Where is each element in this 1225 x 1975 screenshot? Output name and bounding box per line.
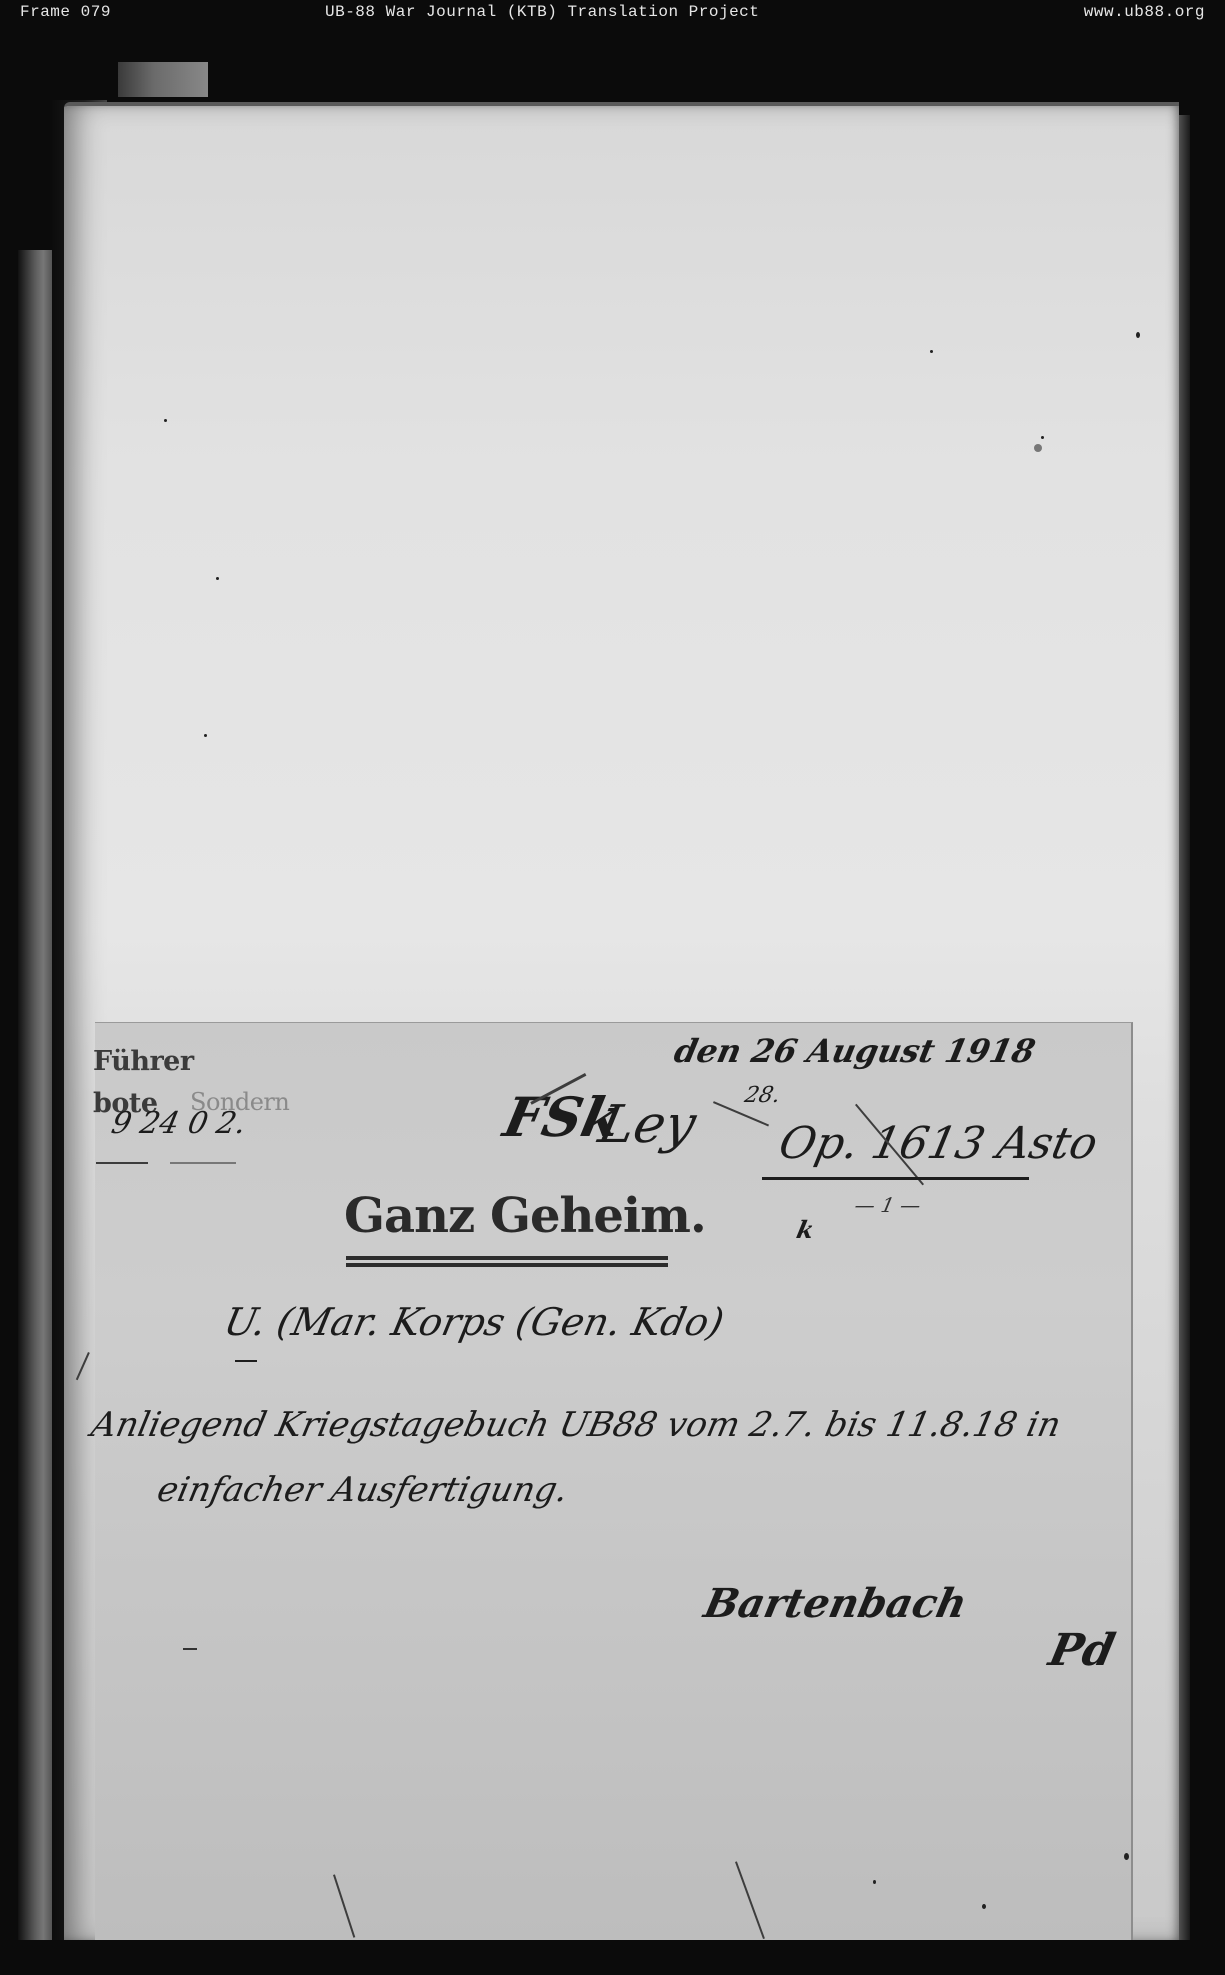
handwritten-body-line-2: einfacher Ausfertigung.	[154, 1470, 572, 1510]
ink-speck	[216, 577, 219, 580]
ink-speck	[164, 419, 167, 422]
handwritten-addressee: U. (Mar. Korps (Gen. Kdo)	[220, 1300, 728, 1344]
ink-speck	[982, 1904, 986, 1909]
ink-speck	[1034, 444, 1042, 452]
handwritten-reference-code: Op. 1613 Asto	[775, 1118, 1103, 1169]
ink-speck	[1136, 332, 1140, 338]
handwritten-date: den 26 August 1918	[671, 1032, 1039, 1070]
field-underline	[96, 1162, 148, 1164]
handwritten-signature: Bartenbach	[700, 1580, 971, 1627]
stray-mark	[183, 1648, 197, 1650]
ink-speck	[204, 734, 207, 737]
handwritten-reference-number: 9 24 0 2.	[108, 1106, 249, 1141]
classification-underline-1	[346, 1256, 668, 1260]
handwritten-paraph: Pd	[1045, 1625, 1120, 1676]
handwritten-body-line-1: Anliegend Kriegstagebuch UB88 vom 2.7. b…	[88, 1405, 1065, 1445]
ink-speck	[1124, 1853, 1129, 1860]
handwritten-mark: Ley	[594, 1095, 701, 1155]
ink-speck	[873, 1880, 876, 1884]
handwritten-date-correction: 28.	[742, 1083, 782, 1108]
project-title: UB-88 War Journal (KTB) Translation Proj…	[325, 3, 759, 21]
addressee-underline	[235, 1360, 257, 1362]
reference-underline	[762, 1177, 1029, 1180]
classification-heading: Ganz Geheim.	[344, 1188, 706, 1244]
classification-underline-2	[346, 1263, 668, 1267]
binder-tab	[118, 62, 208, 97]
handwritten-reference-dash: — 1 —	[852, 1193, 923, 1217]
frame-header: Frame 079 UB-88 War Journal (KTB) Transl…	[0, 0, 1225, 30]
website-link[interactable]: www.ub88.org	[1084, 3, 1205, 21]
ink-speck	[1041, 436, 1044, 439]
ink-speck	[930, 350, 933, 353]
field-underline	[170, 1162, 236, 1164]
frame-number: Frame 079	[20, 3, 111, 21]
printed-label-fuehrer: Führer	[93, 1046, 194, 1077]
